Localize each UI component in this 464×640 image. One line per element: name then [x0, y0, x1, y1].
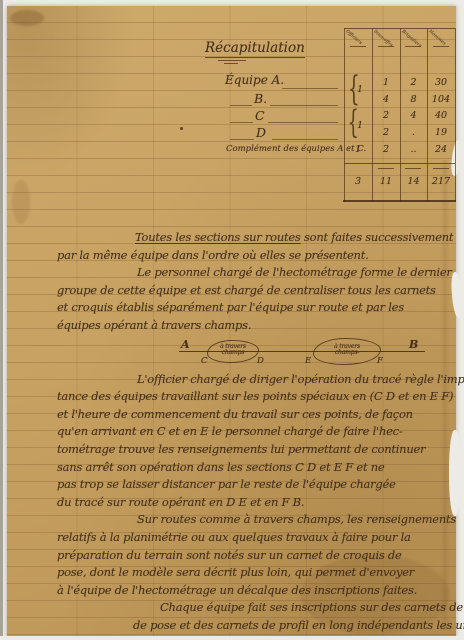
manuscript-body: Toutes les sections sur routes sont fait… [57, 229, 449, 634]
bubble-text: champs- [314, 350, 380, 357]
ruled-fill-line [230, 105, 252, 106]
diagram-point-b: B [409, 336, 418, 354]
total-cell: 14 [400, 176, 427, 187]
handwritten-line: pas trop se laisser distancer par le res… [57, 476, 449, 494]
route-diagram: A B C D E F à travers champs à travers c… [179, 335, 427, 371]
header-underline [433, 46, 449, 47]
table-cell: 19 [427, 127, 455, 138]
header-underline [378, 46, 394, 47]
table-bottom-line [343, 200, 456, 202]
table-cell: . [400, 127, 427, 138]
title-flourish [218, 60, 246, 61]
recap-title: Récapitulation [205, 40, 305, 58]
ruled-fill-line [270, 105, 338, 106]
handwritten-line: Chaque équipe fait ses inscriptions sur … [57, 599, 449, 617]
handwritten-line: sans arrêt son opération dans les sectio… [57, 459, 449, 477]
diagram-point-e: E [305, 353, 311, 371]
bubble-text: champs [208, 350, 258, 357]
handwritten-line: groupe de cette équipe et est chargé de … [57, 282, 449, 300]
table-cell: 1 [350, 84, 370, 95]
equipe-a-label: Équipe A. [225, 73, 284, 87]
table-cell: 2 [372, 110, 400, 121]
table-cell: 24 [427, 144, 455, 155]
equipe-d-label: D [256, 125, 266, 140]
total-cell: 217 [427, 176, 455, 187]
equipe-b-label: B. [254, 91, 267, 106]
handwritten-line: Toutes les sections sur routes sont fait… [57, 229, 449, 247]
ruled-fill-line [282, 88, 338, 89]
equipe-c-label: C [255, 108, 265, 123]
scan-edge-strip [0, 636, 464, 640]
table-vertical-line [455, 28, 456, 202]
title-flourish [224, 63, 238, 64]
diagram-point-c: C [201, 353, 207, 371]
ruled-fill-line [230, 122, 253, 123]
ruled-fill-line [230, 139, 254, 140]
handwritten-line: pose, dont le modèle sera décrit plus lo… [57, 564, 449, 582]
handwritten-line: à l'équipe de l'hectométrage un décalque… [57, 582, 449, 600]
underlined-phrase: Toutes les sections sur routes [135, 230, 301, 244]
ink-blot [180, 127, 183, 130]
handwritten-line: du tracé sur route opérant en D E et en … [57, 494, 449, 512]
table-separator-line [344, 163, 455, 164]
table-cell: 8 [400, 94, 427, 105]
diagram-bubble: à travers champs [207, 340, 259, 363]
handwritten-line: Sur routes comme à travers champs, les r… [57, 511, 449, 529]
table-cell: 1 [372, 77, 400, 88]
table-cell: 104 [427, 94, 455, 105]
handwritten-line: et l'heure de commencement du travail su… [57, 406, 449, 424]
table-cell: 4 [372, 94, 400, 105]
ruled-fill-line [268, 122, 338, 123]
table-cell: 1 [344, 144, 372, 155]
table-cell: 2 [372, 144, 400, 155]
table-cell: 1 [350, 120, 370, 131]
handwritten-line: équipes opérant à travers champs. [57, 317, 449, 335]
handwritten-line: relatifs à la planimétrie ou aux quelque… [57, 529, 449, 547]
handwritten-line: Le personnel chargé de l'hectométrage fo… [57, 264, 449, 282]
ruled-fill-line [272, 139, 338, 140]
table-cell: 30 [427, 77, 455, 88]
total-rule [378, 168, 394, 169]
header-underline [350, 46, 366, 47]
table-cell: 2 [372, 127, 400, 138]
handwritten-line: tance des équipes travaillant sur les po… [57, 388, 449, 406]
handwritten-line: de pose et des carnets de profil en long… [57, 617, 449, 635]
handwritten-line: par la même équipe dans l'ordre où elles… [57, 247, 449, 265]
table-cell: 4 [400, 110, 427, 121]
scanned-manuscript: { "table": { "title": "Récapitulation", … [0, 0, 464, 640]
total-rule [433, 168, 449, 169]
paper-tear [449, 430, 461, 516]
handwritten-line: et croquis établis séparément par l'équi… [57, 299, 449, 317]
line-text: sont faites successivement [301, 230, 454, 244]
table-cell: .. [400, 144, 427, 155]
paper-stain [10, 10, 44, 26]
total-rule [405, 168, 421, 169]
diagram-point-a: A [181, 336, 189, 354]
scan-edge-strip [0, 0, 3, 640]
handwritten-line: tométrage trouve les renseignements lui … [57, 441, 449, 459]
table-cell: 40 [427, 110, 455, 121]
total-cell: 3 [344, 176, 372, 187]
header-underline [405, 46, 421, 47]
table-cell: 2 [400, 77, 427, 88]
total-cell: 11 [372, 176, 400, 187]
handwritten-line: préparation du terrain sont notés sur un… [57, 547, 449, 565]
diagram-bubble: à travers champs- [313, 338, 381, 365]
paper-stain [12, 180, 30, 224]
handwritten-line: L'officier chargé de diriger l'opération… [57, 371, 449, 389]
handwritten-line: qu'en arrivant en C et en E le personnel… [57, 423, 449, 441]
